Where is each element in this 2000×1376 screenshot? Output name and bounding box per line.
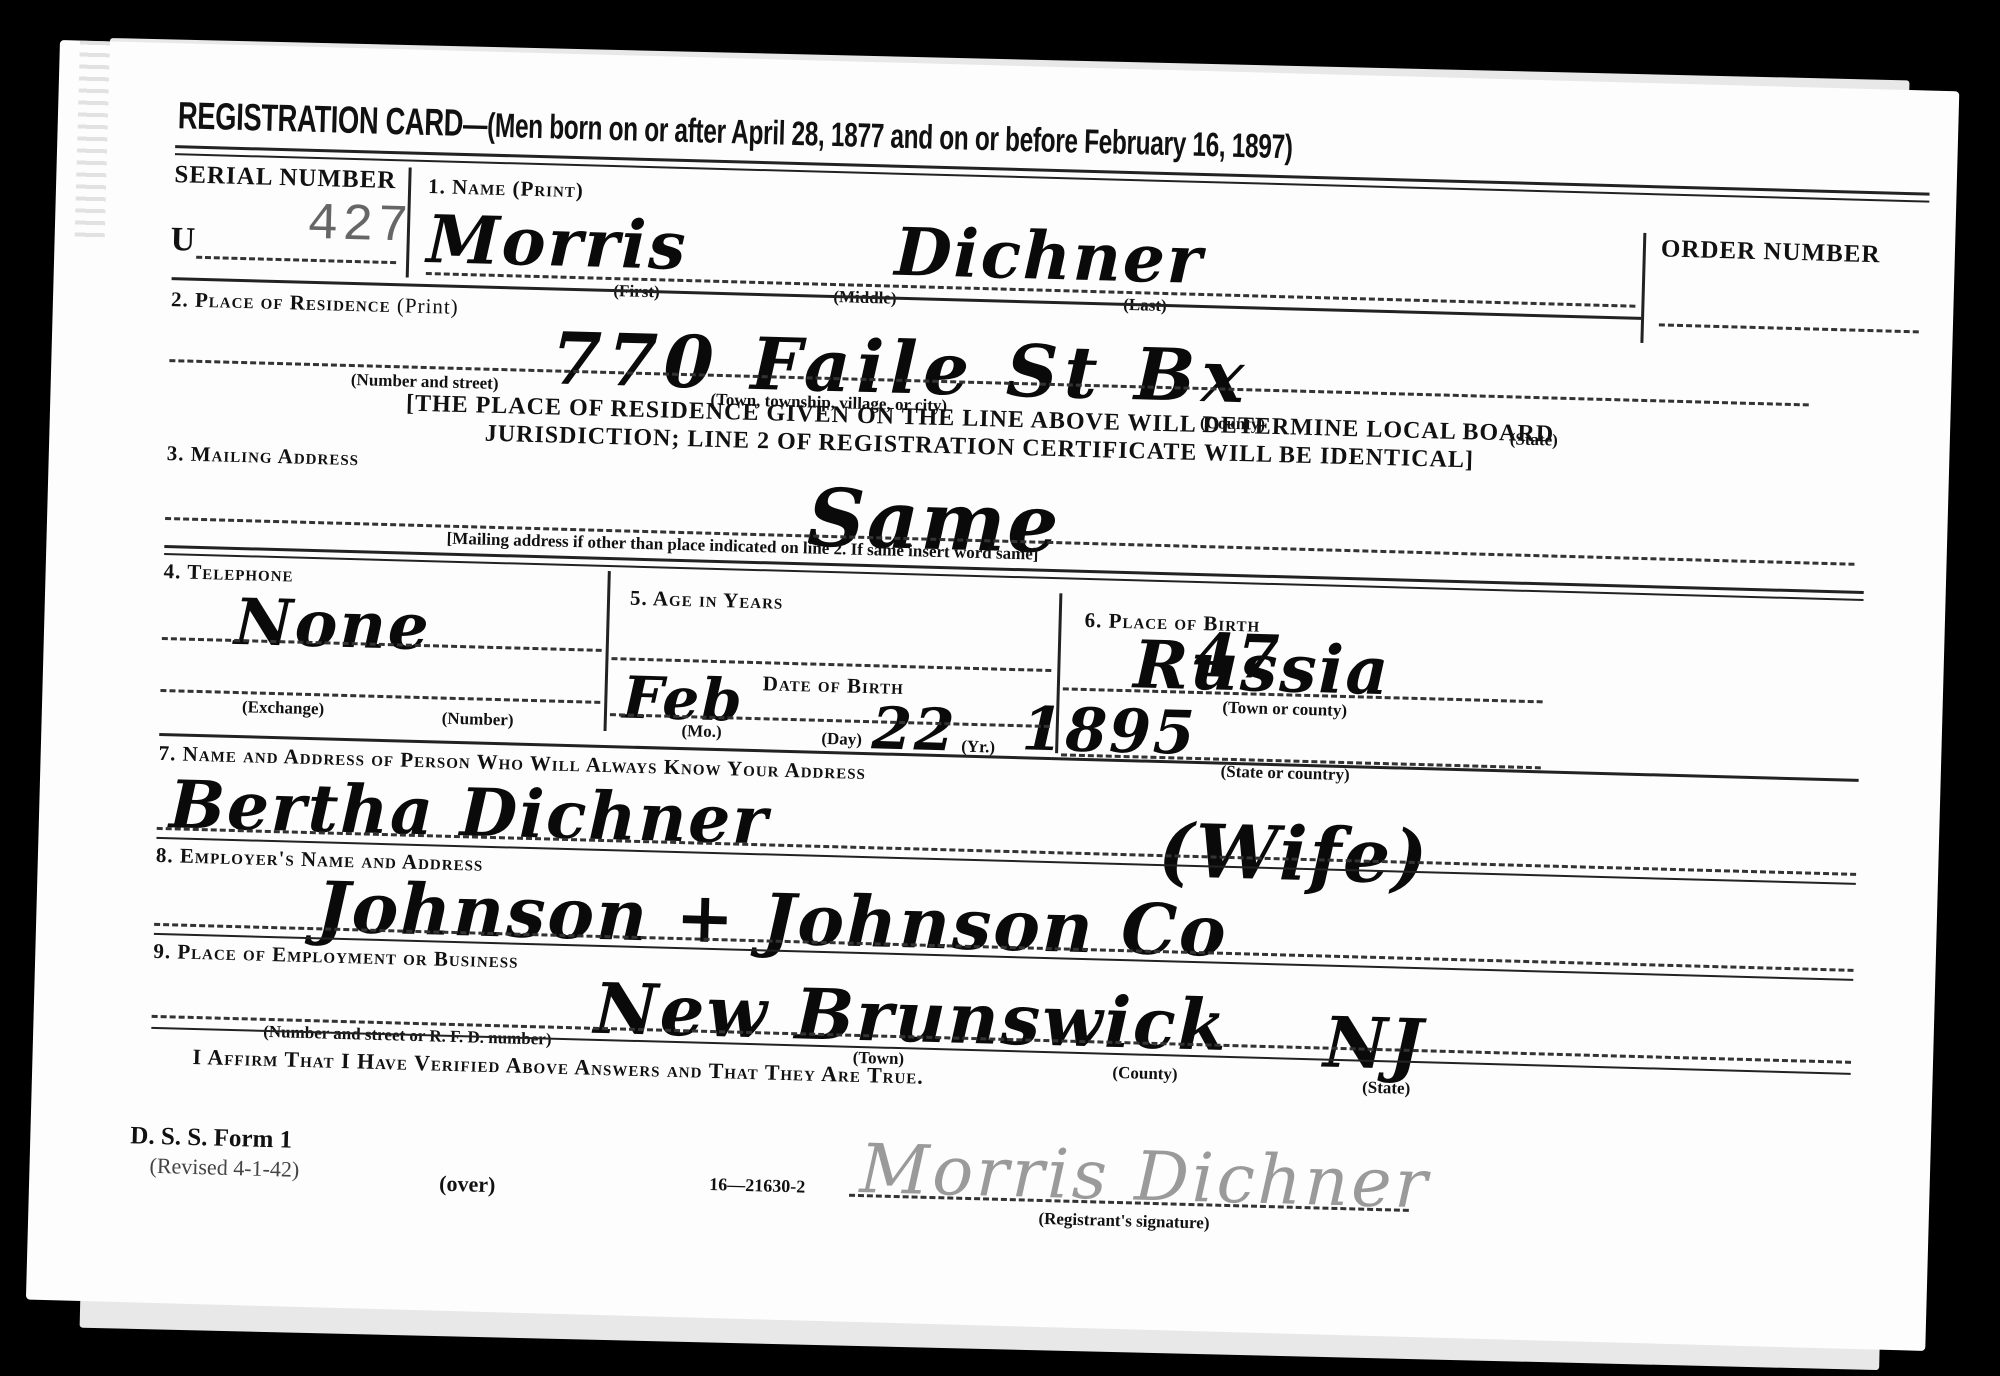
card-title-text: REGISTRATION CARD xyxy=(177,95,463,145)
caption-number: (Number) xyxy=(442,709,514,731)
torn-edge xyxy=(75,41,110,242)
name-label: 1. Name (Print) xyxy=(428,174,584,203)
caption-exchange: (Exchange) xyxy=(242,697,325,719)
signature-caption: (Registrant's signature) xyxy=(1038,1209,1210,1234)
form-over: (over) xyxy=(439,1171,496,1199)
caption-day: (Day) xyxy=(821,729,862,750)
telephone-dash-2 xyxy=(160,689,600,704)
name-label-text: 1. Name (Print) xyxy=(428,174,584,202)
telephone-divider xyxy=(604,571,611,731)
telephone-value: None xyxy=(233,585,431,665)
caption-month: (Mo.) xyxy=(681,721,722,742)
form-name: D. S. S. Form 1 xyxy=(130,1122,293,1154)
caption-birth-town: (Town or county) xyxy=(1222,698,1347,721)
telephone-label: 4. Telephone xyxy=(163,559,294,588)
caption-emp-state: (State) xyxy=(1362,1078,1411,1099)
scan-background: REGISTRATION CARD—(Men born on or after … xyxy=(0,0,2000,1376)
residence-print-label: (Print) xyxy=(397,293,459,319)
serial-prefix: U xyxy=(170,221,197,260)
mailing-address-label: 3. Mailing Address xyxy=(167,441,360,471)
registration-card: REGISTRATION CARD—(Men born on or after … xyxy=(26,40,1959,1351)
form-revised: (Revised 4-1-42) xyxy=(149,1153,299,1183)
order-number-label: ORDER NUMBER xyxy=(1661,235,1881,269)
residence-label-text: 2. Place of Residence xyxy=(171,287,391,317)
age-label: 5. Age in Years xyxy=(630,586,784,615)
signature-value: Morris Dichner xyxy=(859,1130,1431,1224)
employment-state-value: NJ xyxy=(1322,1001,1425,1087)
serial-dash xyxy=(196,256,396,264)
employment-town-value: New Brunswick xyxy=(593,967,1229,1067)
serial-number-label: SERIAL NUMBER xyxy=(174,161,397,195)
residence-label: 2. Place of Residence (Print) xyxy=(171,287,459,320)
order-number-dash xyxy=(1659,323,1919,333)
caption-emp-county: (County) xyxy=(1112,1063,1178,1085)
order-divider xyxy=(1640,233,1646,343)
form-print-code: 16—21630-2 xyxy=(709,1174,806,1198)
serial-number-value: 427 xyxy=(306,195,413,257)
